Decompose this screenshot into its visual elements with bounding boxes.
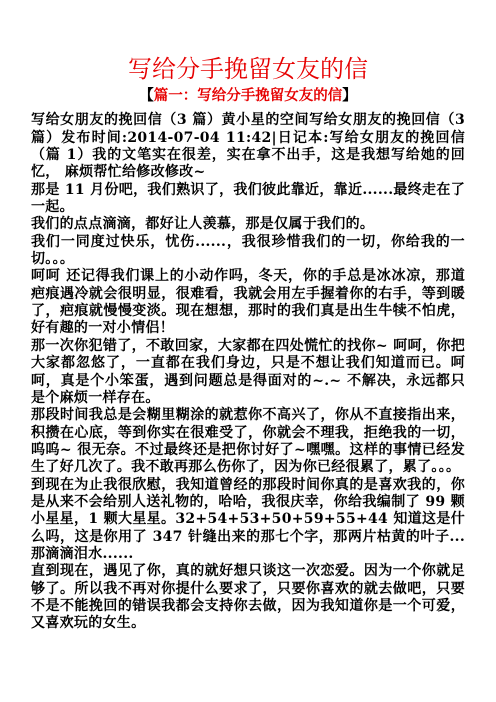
body-paragraphs: 写给女朋友的挽回信（3 篇）黄小星的空间写给女朋友的挽回信（3 篇）发布时间:2… <box>31 112 465 632</box>
paragraph: 我们的点点滴滴，都好让人羡慕，那是仅属于我们的。 <box>31 216 465 233</box>
paragraph: 我们一同度过快乐，忧伤......，我很珍惜我们的一切，你给我的一切。。。 <box>31 234 465 269</box>
paragraph: 那一次你犯错了，不敢回家，大家都在四处慌忙的找你~ 呵呵，你把大家都忽悠了，一直… <box>31 338 465 407</box>
section-heading-bracket-open: 【 <box>139 87 154 104</box>
paragraph: 那是 11 月份吧，我们熟识了，我们彼此靠近，靠近......最终走在了一起。 <box>31 182 465 217</box>
section-heading-bracket-close: 】 <box>342 87 357 104</box>
paragraph: 写给女朋友的挽回信（3 篇）黄小星的空间写给女朋友的挽回信（3 篇）发布时间:2… <box>31 112 465 181</box>
section-heading: 【篇一：写给分手挽留女友的信】 <box>31 86 465 106</box>
paragraph: 直到现在，遇见了你，真的就好想只谈这一次恋爱。因为一个你就足够了。所以我不再对你… <box>31 563 465 632</box>
document-title: 写给分手挽留女友的信 <box>31 55 465 84</box>
document-page: 写给分手挽留女友的信 【篇一：写给分手挽留女友的信】 写给女朋友的挽回信（3 篇… <box>0 0 496 702</box>
paragraph: 呵呵 还记得我们课上的小动作吗，冬天，你的手总是冰冰凉，那道疤痕遇冷就会很明显，… <box>31 268 465 337</box>
paragraph: 到现在为止我很欣慰，我知道曾经的那段时间你真的是喜欢我的，你是从来不会给别人送礼… <box>31 477 465 564</box>
paragraph: 那段时间我总是会糊里糊涂的就惹你不高兴了，你从不直接指出来，积攒在心底，等到你实… <box>31 407 465 476</box>
section-heading-text: 篇一：写给分手挽留女友的信 <box>154 87 343 104</box>
